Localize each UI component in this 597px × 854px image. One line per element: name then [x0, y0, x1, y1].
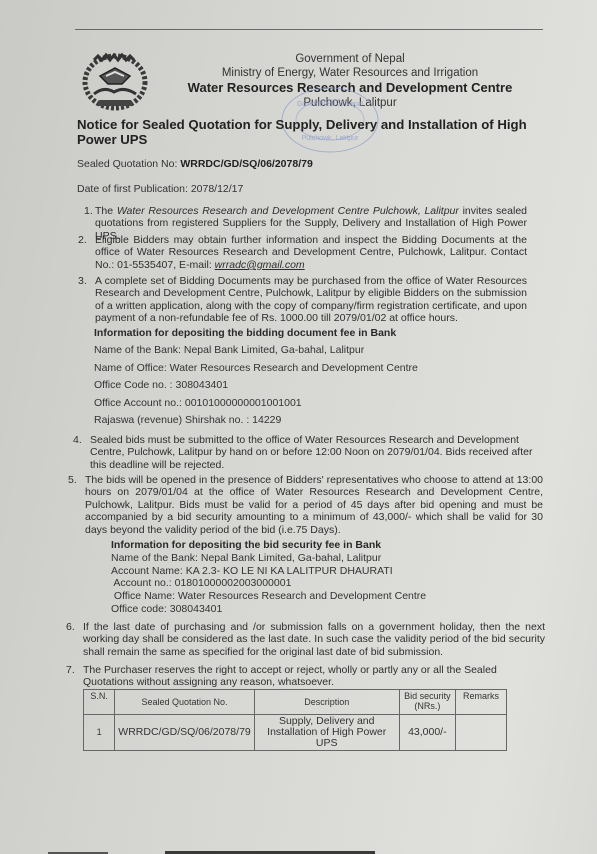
table-row: 1 WRRDC/GD/SQ/06/2078/79 Supply, Deliver…: [84, 715, 507, 751]
bid-security-heading: Information for depositing the bid secur…: [111, 539, 426, 552]
clause-4: 4. Sealed bids must be submitted to the …: [90, 434, 540, 471]
quotation-table: S.N. Sealed Quotation No. Description Bi…: [83, 689, 507, 751]
bid-security-info: Information for depositing the bid secur…: [111, 539, 426, 616]
centre-name: Water Resources Research and Development…: [150, 80, 550, 96]
table-header-row: S.N. Sealed Quotation No. Description Bi…: [84, 690, 507, 715]
quotation-number: WRRDC/GD/SQ/06/2078/79: [180, 158, 312, 170]
quotation-label: Sealed Quotation No:: [77, 158, 180, 170]
publication-date: 2078/12/17: [191, 183, 244, 195]
centre-address: Pulchowk, Lalitpur: [150, 96, 550, 110]
quotation-number-line: Sealed Quotation No: WRRDC/GD/SQ/06/2078…: [77, 158, 313, 170]
clause-5: 5. The bids will be opened in the presen…: [85, 474, 543, 536]
col-bid-security: Bid security (NRs.): [399, 690, 455, 715]
top-rule-divider: [75, 29, 543, 30]
clause-2: 2. Eligible Bidders may obtain further i…: [95, 234, 527, 271]
doc-fee-heading: Information for depositing the bidding d…: [94, 327, 418, 344]
clause-6: 6. If the last date of purchasing and /o…: [83, 621, 545, 658]
col-quotation-no: Sealed Quotation No.: [115, 690, 254, 715]
nepal-emblem-icon: [80, 50, 150, 112]
ministry-name: Ministry of Energy, Water Resources and …: [150, 66, 550, 80]
col-description: Description: [254, 690, 399, 715]
clause-7: 7. The Purchaser reserves the right to a…: [83, 664, 545, 689]
doc-fee-info: Information for depositing the bidding d…: [94, 327, 418, 431]
col-sn: S.N.: [84, 690, 115, 715]
government-name: Government of Nepal: [150, 52, 550, 66]
notice-title: Notice for Sealed Quotation for Supply, …: [77, 117, 547, 147]
publication-label: Date of first Publication:: [77, 183, 191, 195]
email-link[interactable]: wrradc@gmail.com: [215, 259, 305, 271]
publication-date-line: Date of first Publication: 2078/12/17: [77, 183, 243, 195]
letterhead: Government of Nepal Ministry of Energy, …: [150, 52, 550, 110]
clause-3: 3. A complete set of Bidding Documents m…: [95, 275, 527, 325]
col-remarks: Remarks: [455, 690, 506, 715]
